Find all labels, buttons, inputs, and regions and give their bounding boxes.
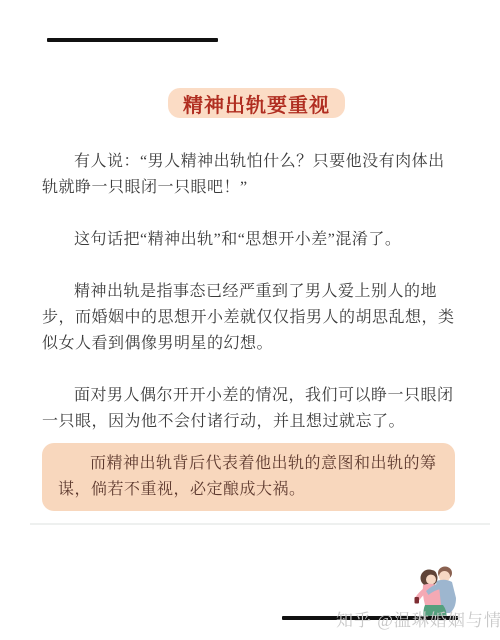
highlight-box: 而精神出轨背后代表着他出轨的意图和出轨的筹谋，倘若不重视，必定酿成大祸。 bbox=[42, 443, 455, 511]
section-divider bbox=[30, 523, 490, 525]
article-body: 有人说：“男人精神出轨怕什么？只要他没有肉体出轨就睁一只眼闭一只眼吧！” 这句话… bbox=[42, 149, 458, 461]
article-card: 精神出轨要重视 有人说：“男人精神出轨怕什么？只要他没有肉体出轨就睁一只眼闭一只… bbox=[0, 0, 500, 640]
page-title: 精神出轨要重视 bbox=[183, 89, 330, 118]
paragraph-2: 这句话把“精神出轨”和“思想开小差”混淆了。 bbox=[42, 227, 458, 253]
paragraph-3: 精神出轨是指事态已经严重到了男人爱上别人的地步，而婚姻中的思想开小差就仅仅指男人… bbox=[42, 279, 458, 357]
watermark-credit: 知乎 @温琳婚姻与情感 bbox=[336, 610, 500, 632]
top-divider-bar bbox=[47, 38, 218, 42]
paragraph-4: 面对男人偶尔开开小差的情况，我们可以睁一只眼闭一只眼，因为他不会付诸行动，并且想… bbox=[42, 383, 458, 435]
paragraph-1: 有人说：“男人精神出轨怕什么？只要他没有肉体出轨就睁一只眼闭一只眼吧！” bbox=[42, 149, 458, 201]
highlight-text: 而精神出轨背后代表着他出轨的意图和出轨的筹谋，倘若不重视，必定酿成大祸。 bbox=[58, 451, 439, 503]
page-title-pill: 精神出轨要重视 bbox=[168, 88, 345, 118]
